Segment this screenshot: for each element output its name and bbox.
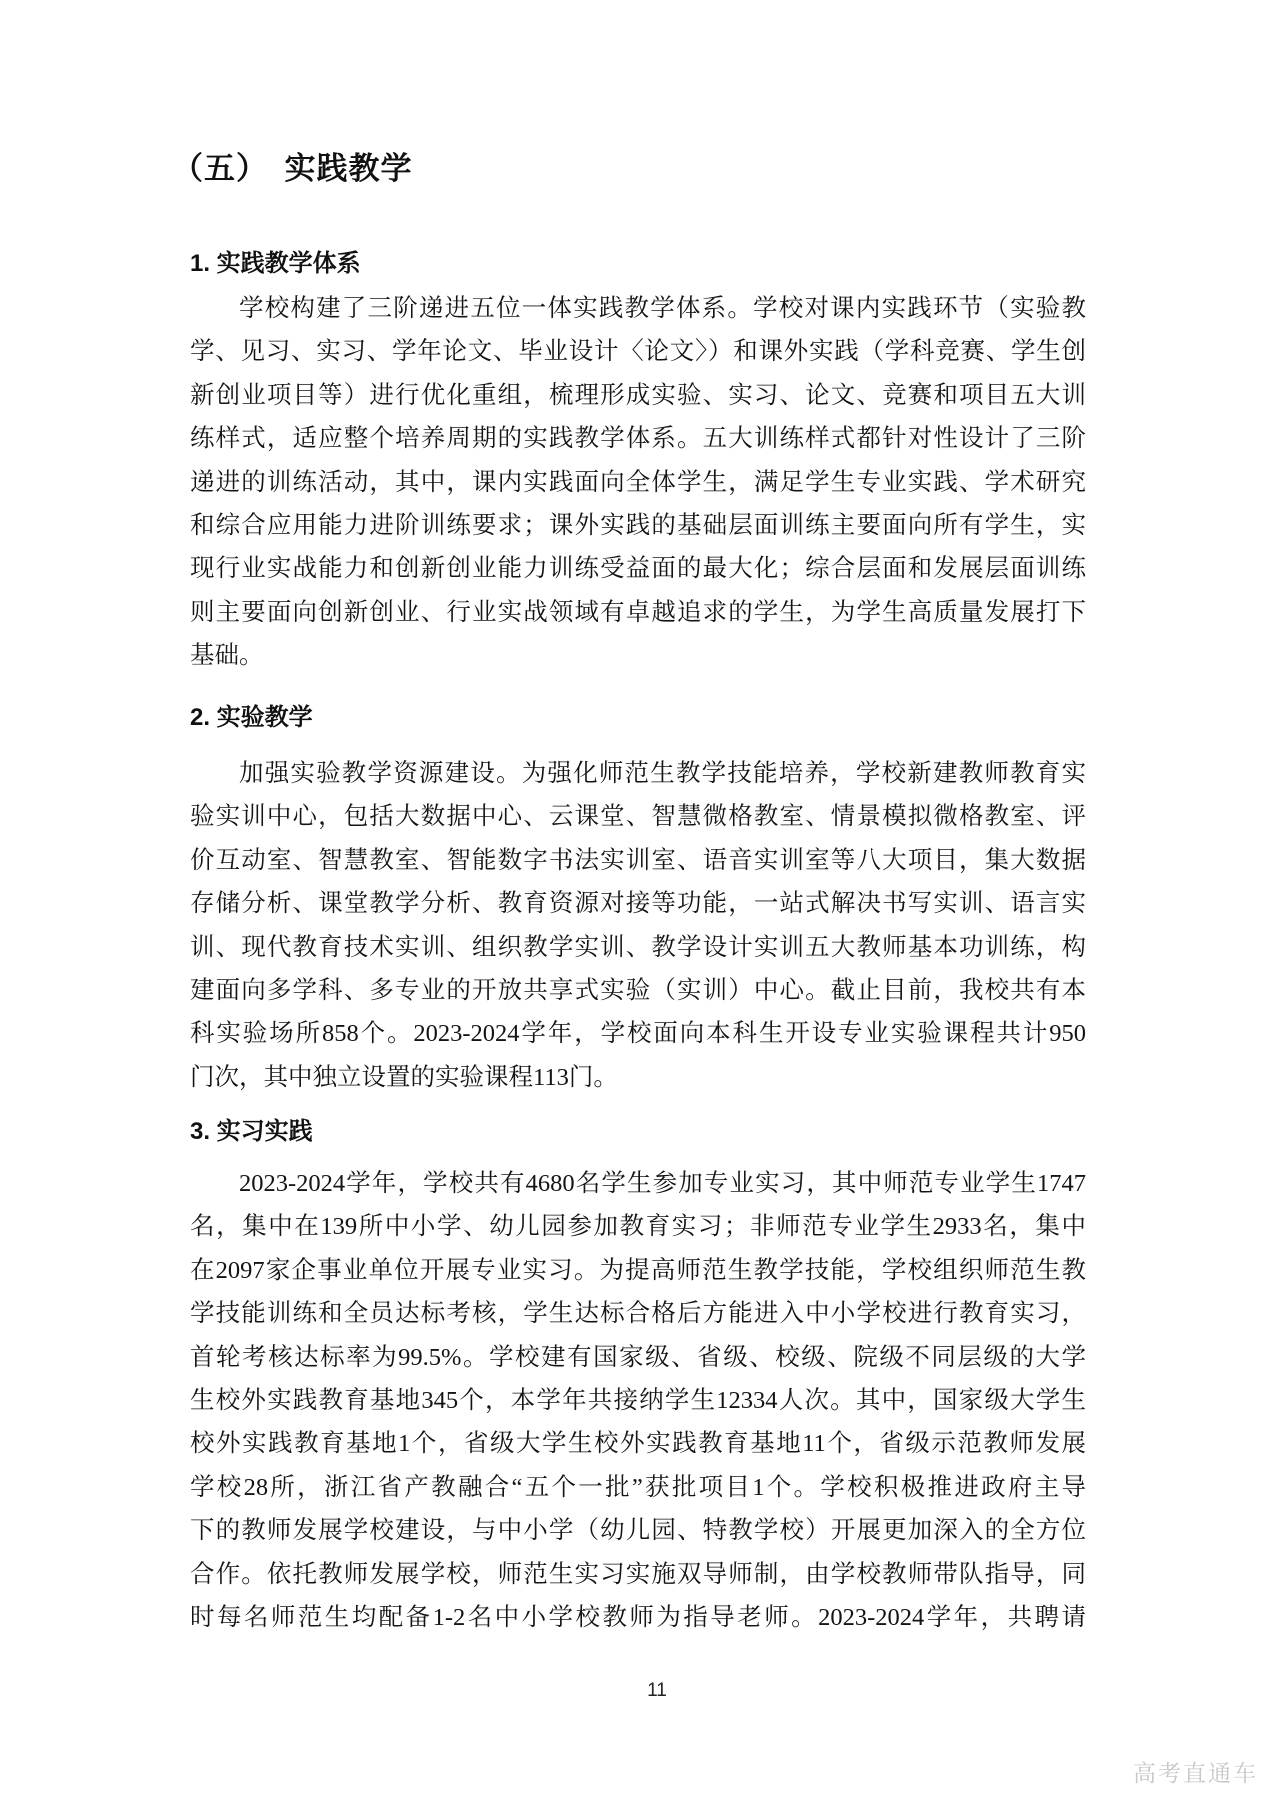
text-line: 2023-2024学年，学校共有4680名学生参加专业实习，其中师范专业学生17… [190, 1162, 1086, 1205]
text-line: 建面向多学科、多专业的开放共享式实验（实训）中心。截止目前，我校共有本 [190, 969, 1086, 1012]
text-line: 下的教师发展学校建设，与中小学（幼儿园、特教学校）开展更加深入的全方位 [190, 1509, 1086, 1552]
text-line: 生校外实践教育基地345个，本学年共接纳学生12334人次。其中，国家级大学生 [190, 1379, 1086, 1422]
text-line: 时每名师范生均配备1-2名中小学校教师为指导老师。2023-2024学年，共聘请 [190, 1596, 1086, 1639]
text-line: 首轮考核达标率为99.5%。学校建有国家级、省级、校级、院级不同层级的大学 [190, 1336, 1086, 1379]
subsection-heading-internship-practice: 3. 实习实践 [190, 1111, 313, 1146]
text-line: 验实训中心，包括大数据中心、云课堂、智慧微格教室、情景模拟微格教室、评 [190, 795, 1086, 838]
text-line: 学技能训练和全员达标考核，学生达标合格后方能进入中小学校进行教育实习， [190, 1292, 1086, 1335]
text-line: 价互动室、智慧教室、智能数字书法实训室、语音实训室等八大项目，集大数据 [190, 839, 1086, 882]
text-line: 则主要面向创新创业、行业实战领域有卓越追求的学生，为学生高质量发展打下 [190, 591, 1086, 634]
text-line: 科实验场所858个。2023-2024学年，学校面向本科生开设专业实验课程共计9… [190, 1012, 1086, 1055]
text-line: 名，集中在139所中小学、幼儿园参加教育实习；非师范专业学生2933名，集中 [190, 1205, 1086, 1248]
subsection-heading-practice-teaching-system: 1. 实践教学体系 [190, 243, 361, 278]
text-line: 加强实验教学资源建设。为强化师范生教学技能培养，学校新建教师教育实 [190, 752, 1086, 795]
paragraph-practice-teaching-system: 学校构建了三阶递进五位一体实践教学体系。学校对课内实践环节（实验教 学、见习、实… [190, 287, 1086, 678]
text-line: 存储分析、课堂教学分析、教育资源对接等功能，一站式解决书写实训、语言实 [190, 882, 1086, 925]
document-page: （五） 实践教学 1. 实践教学体系 学校构建了三阶递进五位一体实践教学体系。学… [0, 0, 1280, 1810]
text-line: 在2097家企事业单位开展专业实习。为提高师范生教学技能，学校组织师范生教 [190, 1249, 1086, 1292]
text-line: 学、见习、实习、学年论文、毕业设计〈论文〉）和课外实践（学科竞赛、学生创 [190, 330, 1086, 373]
subsection-heading-experiment-teaching: 2. 实验教学 [190, 697, 313, 732]
text-line: 现行业实战能力和创新创业能力训练受益面的最大化；综合层面和发展层面训练 [190, 547, 1086, 590]
page-title: （五） 实践教学 [172, 143, 413, 188]
watermark: 高考直通车 [1133, 1755, 1258, 1788]
page-number: 11 [17, 1680, 1280, 1702]
text-line: 合作。依托教师发展学校，师范生实习实施双导师制，由学校教师带队指导，同 [190, 1553, 1086, 1596]
text-line: 学校28所，浙江省产教融合“五个一批”获批项目1个。学校积极推进政府主导 [190, 1466, 1086, 1509]
text-line: 基础。 [190, 634, 1086, 677]
text-line: 递进的训练活动，其中，课内实践面向全体学生，满足学生专业实践、学术研究 [190, 461, 1086, 504]
text-line: 练样式，适应整个培养周期的实践教学体系。五大训练样式都针对性设计了三阶 [190, 417, 1086, 460]
text-line: 学校构建了三阶递进五位一体实践教学体系。学校对课内实践环节（实验教 [190, 287, 1086, 330]
text-line: 门次，其中独立设置的实验课程113门。 [190, 1056, 1086, 1099]
paragraph-experiment-teaching: 加强实验教学资源建设。为强化师范生教学技能培养，学校新建教师教育实 验实训中心，… [190, 752, 1086, 1099]
text-line: 校外实践教育基地1个，省级大学生校外实践教育基地11个，省级示范教师发展 [190, 1422, 1086, 1465]
text-line: 和综合应用能力进阶训练要求；课外实践的基础层面训练主要面向所有学生，实 [190, 504, 1086, 547]
text-line: 新创业项目等）进行优化重组，梳理形成实验、实习、论文、竞赛和项目五大训 [190, 374, 1086, 417]
paragraph-internship-practice: 2023-2024学年，学校共有4680名学生参加专业实习，其中师范专业学生17… [190, 1162, 1086, 1639]
text-line: 训、现代教育技术实训、组织教学实训、教学设计实训五大教师基本功训练，构 [190, 926, 1086, 969]
